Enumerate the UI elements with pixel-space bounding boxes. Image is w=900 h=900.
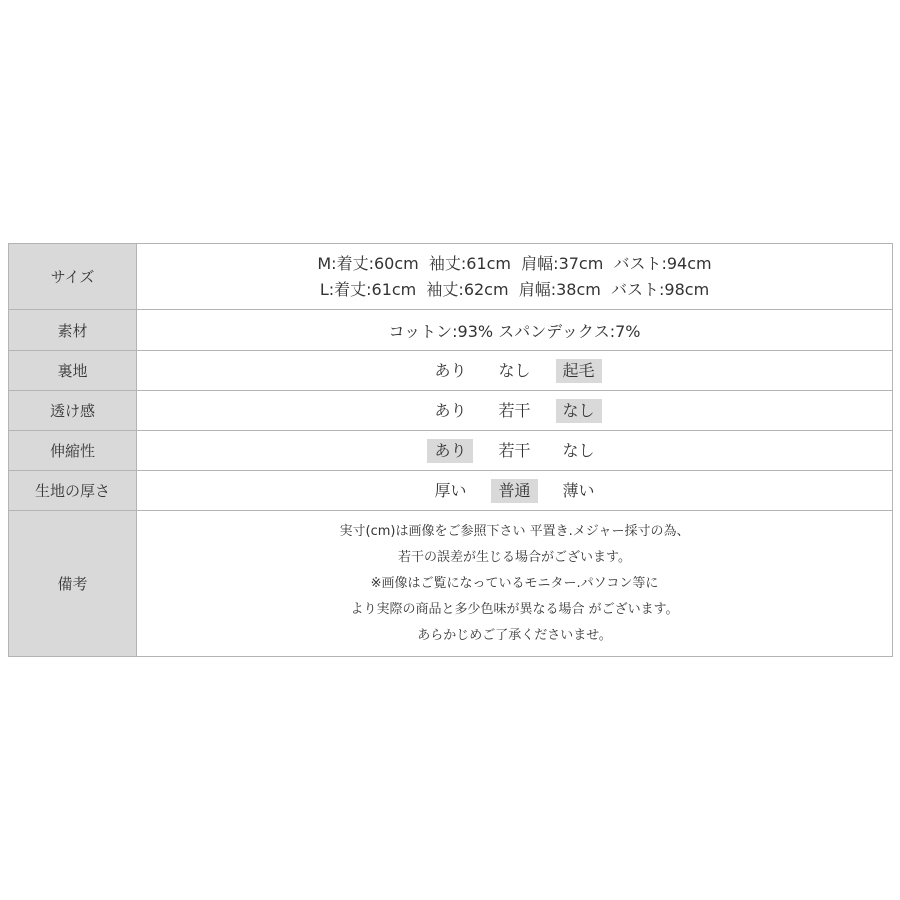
thickness-option-normal-selected: 普通 (491, 479, 537, 503)
thickness-option-thick: 厚い (427, 479, 473, 503)
lining-option-ari: あり (427, 359, 473, 383)
notes-value: 実寸(cm)は画像をご参照下さい 平置き.メジャー採寸の為、 若干の誤差が生じる… (137, 511, 893, 657)
spec-row-sheerness: 透け感 あり 若干 なし (9, 391, 893, 431)
product-spec-table: サイズ M:着丈:60cm 袖丈:61cm 肩幅:37cm バスト:94cm L… (8, 243, 893, 657)
notes-line-2: 若干の誤差が生じる場合がございます。 (137, 545, 892, 571)
notes-line-1: 実寸(cm)は画像をご参照下さい 平置き.メジャー採寸の為、 (137, 519, 892, 545)
notes-label: 備考 (9, 511, 137, 657)
stretch-options: あり 若干 なし (427, 439, 601, 463)
lining-label: 裏地 (9, 351, 137, 391)
thickness-label: 生地の厚さ (9, 471, 137, 511)
thickness-options: 厚い 普通 薄い (427, 479, 601, 503)
sheerness-option-jakkan: 若干 (491, 399, 537, 423)
stretch-label: 伸縮性 (9, 431, 137, 471)
material-value: コットン:93% スパンデックス:7% (137, 310, 893, 351)
notes-line-3: ※画像はご覧になっているモニター.パソコン等に (137, 571, 892, 597)
notes-line-4: より実際の商品と多少色味が異なる場合 がございます。 (137, 597, 892, 623)
sheerness-options: あり 若干 なし (427, 399, 601, 423)
spec-row-thickness: 生地の厚さ 厚い 普通 薄い (9, 471, 893, 511)
thickness-option-thin: 薄い (556, 479, 602, 503)
notes-line-5: あらかじめご了承くださいませ。 (137, 623, 892, 649)
lining-option-nashi: なし (491, 359, 537, 383)
material-label: 素材 (9, 310, 137, 351)
stretch-option-jakkan: 若干 (491, 439, 537, 463)
spec-row-stretch: 伸縮性 あり 若干 なし (9, 431, 893, 471)
sheerness-option-ari: あり (427, 399, 473, 423)
lining-option-kimou-selected: 起毛 (556, 359, 602, 383)
size-line-m: M:着丈:60cm 袖丈:61cm 肩幅:37cm バスト:94cm (137, 251, 892, 277)
stretch-option-nashi: なし (556, 439, 602, 463)
spec-row-size: サイズ M:着丈:60cm 袖丈:61cm 肩幅:37cm バスト:94cm L… (9, 244, 893, 310)
size-label: サイズ (9, 244, 137, 310)
spec-row-material: 素材 コットン:93% スパンデックス:7% (9, 310, 893, 351)
stretch-option-ari-selected: あり (427, 439, 473, 463)
spec-row-notes: 備考 実寸(cm)は画像をご参照下さい 平置き.メジャー採寸の為、 若干の誤差が… (9, 511, 893, 657)
size-value: M:着丈:60cm 袖丈:61cm 肩幅:37cm バスト:94cm L:着丈:… (137, 244, 893, 310)
size-line-l: L:着丈:61cm 袖丈:62cm 肩幅:38cm バスト:98cm (137, 277, 892, 303)
sheerness-option-nashi-selected: なし (556, 399, 602, 423)
lining-options: あり なし 起毛 (427, 359, 601, 383)
spec-row-lining: 裏地 あり なし 起毛 (9, 351, 893, 391)
sheerness-label: 透け感 (9, 391, 137, 431)
